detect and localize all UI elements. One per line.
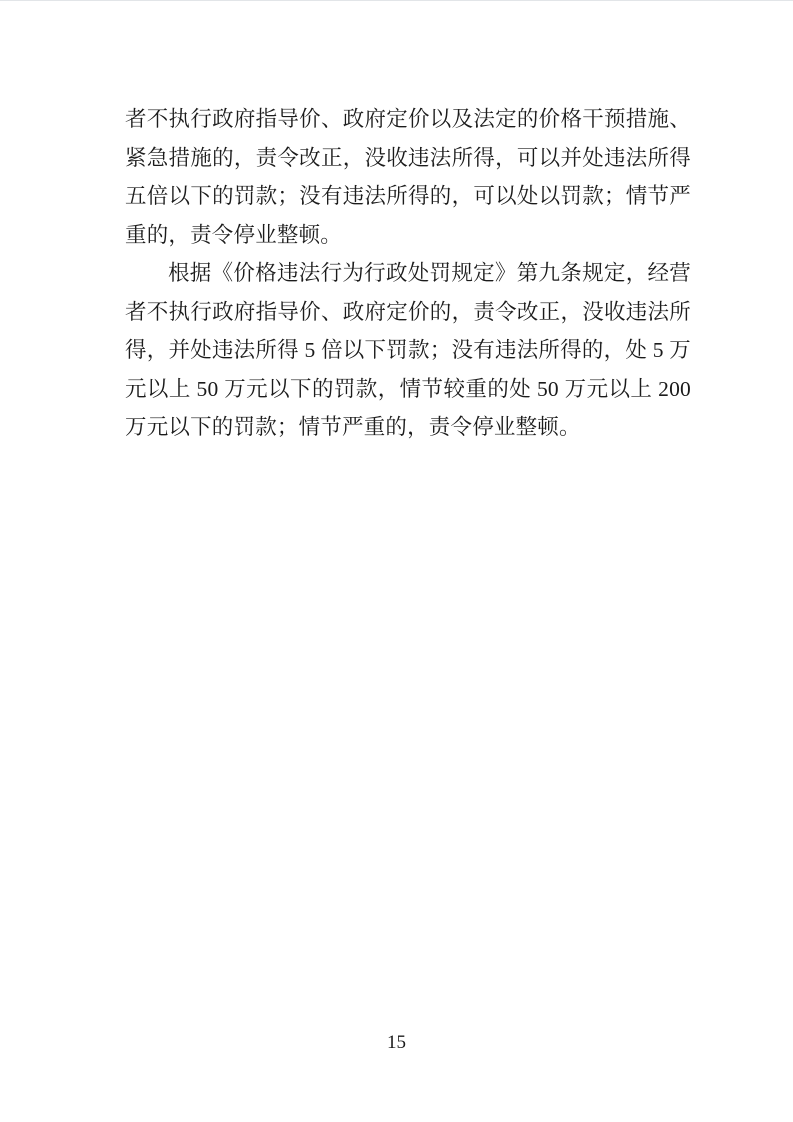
document-page: 者不执行政府指导价、政府定价以及法定的价格干预措施、紧急措施的，责令改正，没收违… [0, 0, 793, 1122]
body-text: 者不执行政府指导价、政府定价以及法定的价格干预措施、紧急措施的，责令改正，没收违… [125, 100, 691, 447]
text-line: 重的，责令停业整顿。 [125, 216, 691, 255]
text-line: 得，并处违法所得 5 倍以下罚款；没有违法所得的，处 5 万 [125, 331, 691, 370]
paragraph: 根据《价格违法行为行政处罚规定》第九条规定，经营者不执行政府指导价、政府定价的，… [125, 254, 691, 447]
text-line: 万元以下的罚款；情节严重的，责令停业整顿。 [125, 408, 691, 447]
paragraph: 者不执行政府指导价、政府定价以及法定的价格干预措施、紧急措施的，责令改正，没收违… [125, 100, 691, 254]
text-line: 紧急措施的，责令改正，没收违法所得，可以并处违法所得 [125, 139, 691, 178]
page-footer: 15 [0, 1032, 793, 1054]
page-number: 15 [387, 1032, 406, 1053]
text-line: 者不执行政府指导价、政府定价的，责令改正，没收违法所 [125, 293, 691, 332]
text-line: 根据《价格违法行为行政处罚规定》第九条规定，经营 [125, 254, 691, 293]
text-line: 五倍以下的罚款；没有违法所得的，可以处以罚款；情节严 [125, 177, 691, 216]
text-line: 元以上 50 万元以下的罚款，情节较重的处 50 万元以上 200 [125, 370, 691, 409]
text-line: 者不执行政府指导价、政府定价以及法定的价格干预措施、 [125, 100, 691, 139]
